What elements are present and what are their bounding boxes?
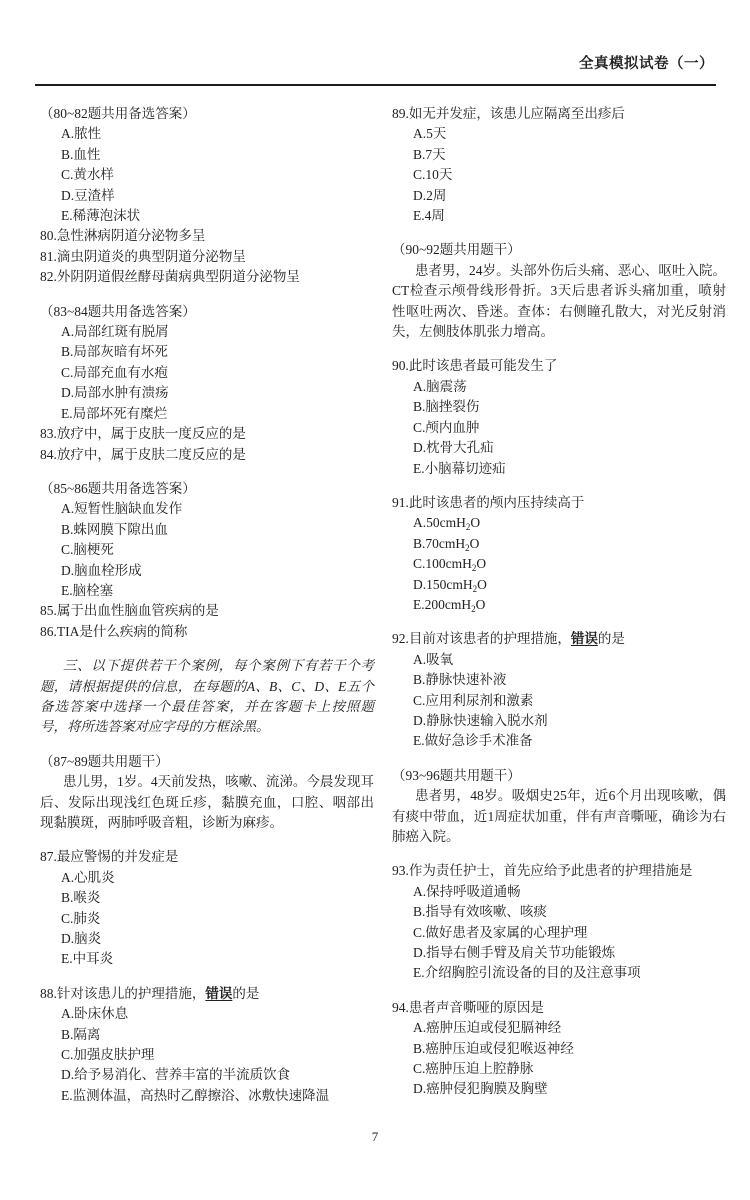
text-segment: C.癌肿压迫上腔静脉 <box>413 1061 533 1076</box>
text-segment: 92.目前对该患者的护理措施， <box>392 631 571 646</box>
text-segment: O <box>476 597 486 612</box>
text-segment: A.心肌炎 <box>61 870 115 885</box>
text-segment: D.豆渣样 <box>61 188 115 203</box>
option-line: B.脑挫裂伤 <box>392 397 726 417</box>
text-segment: B.脑挫裂伤 <box>413 399 479 414</box>
question-block: 88.针对该患儿的护理措施，错误的是A.卧床休息B.隔离C.加强皮肤护理D.给予… <box>40 984 374 1106</box>
text-segment: D.枕骨大孔疝 <box>413 440 494 455</box>
option-line: C.应用利尿剂和激素 <box>392 691 726 711</box>
option-line: C.做好患者及家属的心理护理 <box>392 923 726 943</box>
option-line: B.蛛网膜下隙出血 <box>40 520 374 540</box>
text-segment: 80.急性淋病阴道分泌物多呈 <box>40 228 205 243</box>
text-segment: 87.最应警惕的并发症是 <box>40 849 178 864</box>
text-segment: A.5天 <box>413 126 446 141</box>
question-line: 81.滴虫阴道炎的典型阴道分泌物呈 <box>40 247 374 267</box>
answer-group-label: （93~96题共用题干） <box>392 766 726 786</box>
option-line: A.卧床休息 <box>40 1004 374 1024</box>
question-stem: 88.针对该患儿的护理措施，错误的是 <box>40 984 374 1004</box>
text-segment: 89.如无并发症，该患儿应隔离至出疹后 <box>392 106 625 121</box>
text-segment: （83~84题共用备选答案） <box>40 304 196 319</box>
text-segment: B.血性 <box>61 147 100 162</box>
option-line: C.癌肿压迫上腔静脉 <box>392 1059 726 1079</box>
answer-group-label: （90~92题共用题干） <box>392 240 726 260</box>
text-segment: C.10天 <box>413 167 452 182</box>
text-segment: B.蛛网膜下隙出血 <box>61 522 168 537</box>
text-segment: A.局部红斑有脱屑 <box>61 324 169 339</box>
case-intro-block: （93~96题共用题干）患者男，48岁。吸烟史25年，近6个月出现咳嗽，偶有痰中… <box>392 766 726 848</box>
text-segment: 的是 <box>598 631 625 646</box>
answer-group-label: （83~84题共用备选答案） <box>40 302 374 322</box>
question-stem: 92.目前对该患者的护理措施，错误的是 <box>392 629 726 649</box>
text-segment: O <box>470 536 480 551</box>
text-segment: E.中耳炎 <box>61 951 113 966</box>
text-segment: （90~92题共用题干） <box>392 242 521 257</box>
text-segment: 患儿男，1岁。4天前发热，咳嗽、流涕。今晨发现耳后、发际出现浅红色斑丘疹，黏膜充… <box>40 774 374 830</box>
text-segment: C.应用利尿剂和激素 <box>413 693 533 708</box>
text-segment: C.颅内血肿 <box>413 420 479 435</box>
option-line: E.局部坏死有糜烂 <box>40 404 374 424</box>
text-segment: 患者男，48岁。吸烟史25年，近6个月出现咳嗽，偶有痰中带血，近1周症状加重，伴… <box>392 788 726 844</box>
option-line: E.4周 <box>392 206 726 226</box>
text-segment: B.喉炎 <box>61 890 100 905</box>
question-stem: 91.此时该患者的颅内压持续高于 <box>392 493 726 513</box>
option-line: D.指导右侧手臂及肩关节功能锻炼 <box>392 943 726 963</box>
option-line: B.血性 <box>40 145 374 165</box>
text-segment: E.小脑幕切迹疝 <box>413 461 506 476</box>
option-line: A.短暂性脑缺血发作 <box>40 499 374 519</box>
case-paragraph: 患者男，48岁。吸烟史25年，近6个月出现咳嗽，偶有痰中带血，近1周症状加重，伴… <box>392 786 726 847</box>
option-line: C.10天 <box>392 165 726 185</box>
text-segment: A.脑震荡 <box>413 379 467 394</box>
option-line: C.黄水样 <box>40 165 374 185</box>
question-line: 82.外阴阴道假丝酵母菌病典型阴道分泌物呈 <box>40 267 374 287</box>
text-segment: A.脓性 <box>61 126 101 141</box>
answer-group-block: （85~86题共用备选答案）A.短暂性脑缺血发作B.蛛网膜下隙出血C.脑梗死D.… <box>40 479 374 642</box>
question-line: 80.急性淋病阴道分泌物多呈 <box>40 226 374 246</box>
question-block: 93.作为责任护士，首先应给予此患者的护理措施是A.保持呼吸道通畅B.指导有效咳… <box>392 861 726 983</box>
text-segment: （80~82题共用备选答案） <box>40 106 196 121</box>
option-line: C.脑梗死 <box>40 540 374 560</box>
text-segment: 94.患者声音嘶哑的原因是 <box>392 1000 544 1015</box>
text-segment: C.局部充血有水疱 <box>61 365 168 380</box>
question-block: 92.目前对该患者的护理措施，错误的是A.吸氧B.静脉快速补液C.应用利尿剂和激… <box>392 629 726 751</box>
text-segment: 84.放疗中，属于皮肤二度反应的是 <box>40 447 246 462</box>
page-number: 7 <box>0 1129 750 1145</box>
option-line: E.介绍胸腔引流设备的目的及注意事项 <box>392 963 726 983</box>
column-right: 89.如无并发症，该患儿应隔离至出疹后A.5天B.7天C.10天D.2周E.4周… <box>392 104 726 1114</box>
text-segment: C.做好患者及家属的心理护理 <box>413 925 587 940</box>
text-segment: B.指导有效咳嗽、咳痰 <box>413 904 547 919</box>
text-segment: A.保持呼吸道通畅 <box>413 884 521 899</box>
option-line: D.癌肿侵犯胸膜及胸壁 <box>392 1079 726 1099</box>
column-left: （80~82题共用备选答案）A.脓性B.血性C.黄水样D.豆渣样E.稀薄泡沫状8… <box>40 104 374 1120</box>
text-segment: 91.此时该患者的颅内压持续高于 <box>392 495 584 510</box>
option-line: A.脓性 <box>40 124 374 144</box>
text-segment: 三、以下提供若干个案例，每个案例下有若干个考题，请根据提供的信息，在每题的A、B… <box>40 658 374 734</box>
answer-group-label: （85~86题共用备选答案） <box>40 479 374 499</box>
answer-group-block: （83~84题共用备选答案）A.局部红斑有脱屑B.局部灰暗有坏死C.局部充血有水… <box>40 302 374 465</box>
text-segment: D.指导右侧手臂及肩关节功能锻炼 <box>413 945 615 960</box>
question-stem: 87.最应警惕的并发症是 <box>40 847 374 867</box>
text-segment: D.静脉快速输入脱水剂 <box>413 713 548 728</box>
text-segment: A.吸氧 <box>413 652 453 667</box>
text-segment: 88.针对该患儿的护理措施， <box>40 986 205 1001</box>
option-line: D.给予易消化、营养丰富的半流质饮食 <box>40 1065 374 1085</box>
option-line: D.局部水肿有溃疡 <box>40 383 374 403</box>
page-header-title: 全真模拟试卷（一） <box>579 52 714 73</box>
question-block: 91.此时该患者的颅内压持续高于A.50cmH2OB.70cmH2OC.100c… <box>392 493 726 615</box>
text-segment: C.100cmH <box>413 556 472 571</box>
option-line: C.局部充血有水疱 <box>40 363 374 383</box>
option-line: B.指导有效咳嗽、咳痰 <box>392 902 726 922</box>
text-segment: 82.外阴阴道假丝酵母菌病典型阴道分泌物呈 <box>40 269 300 284</box>
question-line: 84.放疗中，属于皮肤二度反应的是 <box>40 445 374 465</box>
text-segment: E.介绍胸腔引流设备的目的及注意事项 <box>413 965 641 980</box>
text-segment: O <box>477 577 487 592</box>
option-line: E.脑栓塞 <box>40 581 374 601</box>
question-block: 94.患者声音嘶哑的原因是A.癌肿压迫或侵犯膈神经B.癌肿压迫或侵犯喉返神经C.… <box>392 998 726 1100</box>
text-segment: C.加强皮肤护理 <box>61 1047 154 1062</box>
question-line: 86.TIA是什么疾病的简称 <box>40 622 374 642</box>
text-segment: E.局部坏死有糜烂 <box>61 406 167 421</box>
option-line: B.隔离 <box>40 1025 374 1045</box>
question-line: 83.放疗中，属于皮肤一度反应的是 <box>40 424 374 444</box>
text-segment: A.短暂性脑缺血发作 <box>61 501 182 516</box>
option-line: E.小脑幕切迹疝 <box>392 459 726 479</box>
answer-group-label: （80~82题共用备选答案） <box>40 104 374 124</box>
option-line: C.颅内血肿 <box>392 418 726 438</box>
option-line: B.癌肿压迫或侵犯喉返神经 <box>392 1039 726 1059</box>
option-line: E.中耳炎 <box>40 949 374 969</box>
text-segment: B.癌肿压迫或侵犯喉返神经 <box>413 1041 574 1056</box>
question-stem: 93.作为责任护士，首先应给予此患者的护理措施是 <box>392 861 726 881</box>
option-line: D.2周 <box>392 186 726 206</box>
emphasized-term: 错误 <box>205 986 232 1001</box>
text-segment: A.癌肿压迫或侵犯膈神经 <box>413 1020 561 1035</box>
text-segment: 90.此时该患者最可能发生了 <box>392 358 557 373</box>
text-segment: O <box>470 515 480 530</box>
case-intro-block: （87~89题共用题干）患儿男，1岁。4天前发热，咳嗽、流涕。今晨发现耳后、发际… <box>40 752 374 834</box>
option-line: C.100cmH2O <box>392 554 726 574</box>
header-rule <box>35 84 716 86</box>
text-segment: A.卧床休息 <box>61 1006 128 1021</box>
text-segment: B.静脉快速补液 <box>413 672 506 687</box>
text-segment: 81.滴虫阴道炎的典型阴道分泌物呈 <box>40 249 246 264</box>
option-line: C.肺炎 <box>40 909 374 929</box>
text-segment: A.50cmH <box>413 515 466 530</box>
text-segment: （93~96题共用题干） <box>392 768 521 783</box>
text-segment: C.肺炎 <box>61 911 100 926</box>
option-line: D.静脉快速输入脱水剂 <box>392 711 726 731</box>
text-segment: O <box>476 556 486 571</box>
question-stem: 94.患者声音嘶哑的原因是 <box>392 998 726 1018</box>
option-line: D.枕骨大孔疝 <box>392 438 726 458</box>
text-segment: D.2周 <box>413 188 446 203</box>
option-line: A.局部红斑有脱屑 <box>40 322 374 342</box>
option-line: C.加强皮肤护理 <box>40 1045 374 1065</box>
text-segment: B.7天 <box>413 147 446 162</box>
option-line: D.脑血栓形成 <box>40 561 374 581</box>
question-stem: 90.此时该患者最可能发生了 <box>392 356 726 376</box>
option-line: D.豆渣样 <box>40 186 374 206</box>
option-line: E.200cmH2O <box>392 595 726 615</box>
text-segment: E.脑栓塞 <box>61 583 113 598</box>
option-line: B.局部灰暗有坏死 <box>40 342 374 362</box>
text-segment: 93.作为责任护士，首先应给予此患者的护理措施是 <box>392 863 692 878</box>
option-line: B.70cmH2O <box>392 534 726 554</box>
page-content: （80~82题共用备选答案）A.脓性B.血性C.黄水样D.豆渣样E.稀薄泡沫状8… <box>40 104 726 1120</box>
text-segment: B.隔离 <box>61 1027 100 1042</box>
case-paragraph: 患儿男，1岁。4天前发热，咳嗽、流涕。今晨发现耳后、发际出现浅红色斑丘疹，黏膜充… <box>40 772 374 833</box>
option-line: E.稀薄泡沫状 <box>40 206 374 226</box>
case-paragraph: 患者男，24岁。头部外伤后头痛、恶心、呕吐入院。CT检查示颅骨线形骨折。3天后患… <box>392 261 726 343</box>
option-line: D.脑炎 <box>40 929 374 949</box>
option-line: A.保持呼吸道通畅 <box>392 882 726 902</box>
text-segment: B.70cmH <box>413 536 465 551</box>
question-block: 87.最应警惕的并发症是A.心肌炎B.喉炎C.肺炎D.脑炎E.中耳炎 <box>40 847 374 969</box>
text-segment: B.局部灰暗有坏死 <box>61 344 168 359</box>
text-segment: D.脑血栓形成 <box>61 563 142 578</box>
answer-group-block: （80~82题共用备选答案）A.脓性B.血性C.黄水样D.豆渣样E.稀薄泡沫状8… <box>40 104 374 288</box>
text-segment: D.脑炎 <box>61 931 101 946</box>
exam-page: 全真模拟试卷（一） （80~82题共用备选答案）A.脓性B.血性C.黄水样D.豆… <box>0 0 750 1200</box>
answer-group-label: （87~89题共用题干） <box>40 752 374 772</box>
emphasized-term: 错误 <box>571 631 598 646</box>
text-segment: D.150cmH <box>413 577 473 592</box>
text-segment: E.4周 <box>413 208 445 223</box>
option-line: A.脑震荡 <box>392 377 726 397</box>
option-line: E.做好急诊手术准备 <box>392 731 726 751</box>
text-segment: E.做好急诊手术准备 <box>413 733 533 748</box>
option-line: A.50cmH2O <box>392 513 726 533</box>
text-segment: C.脑梗死 <box>61 542 114 557</box>
question-block: 89.如无并发症，该患儿应隔离至出疹后A.5天B.7天C.10天D.2周E.4周 <box>392 104 726 226</box>
text-segment: 的是 <box>232 986 259 1001</box>
case-intro-block: （90~92题共用题干）患者男，24岁。头部外伤后头痛、恶心、呕吐入院。CT检查… <box>392 240 726 342</box>
question-block: 90.此时该患者最可能发生了A.脑震荡B.脑挫裂伤C.颅内血肿D.枕骨大孔疝E.… <box>392 356 726 478</box>
text-segment: C.黄水样 <box>61 167 114 182</box>
option-line: E.监测体温，高热时乙醇擦浴、冰敷快速降温 <box>40 1086 374 1106</box>
option-line: A.心肌炎 <box>40 868 374 888</box>
question-stem: 89.如无并发症，该患儿应隔离至出疹后 <box>392 104 726 124</box>
option-line: B.喉炎 <box>40 888 374 908</box>
text-segment: （85~86题共用备选答案） <box>40 481 196 496</box>
text-segment: E.200cmH <box>413 597 471 612</box>
section-intro-paragraph: 三、以下提供若干个案例，每个案例下有若干个考题，请根据提供的信息，在每题的A、B… <box>40 656 374 738</box>
option-line: A.吸氧 <box>392 650 726 670</box>
text-segment: E.监测体温，高热时乙醇擦浴、冰敷快速降温 <box>61 1088 329 1103</box>
option-line: A.5天 <box>392 124 726 144</box>
option-line: A.癌肿压迫或侵犯膈神经 <box>392 1018 726 1038</box>
text-segment: 83.放疗中，属于皮肤一度反应的是 <box>40 426 246 441</box>
text-segment: 患者男，24岁。头部外伤后头痛、恶心、呕吐入院。CT检查示颅骨线形骨折。3天后患… <box>392 263 726 339</box>
section-intro-block: 三、以下提供若干个案例，每个案例下有若干个考题，请根据提供的信息，在每题的A、B… <box>40 656 374 738</box>
text-segment: E.稀薄泡沫状 <box>61 208 140 223</box>
option-line: B.静脉快速补液 <box>392 670 726 690</box>
question-line: 85.属于出血性脑血管疾病的是 <box>40 601 374 621</box>
text-segment: D.癌肿侵犯胸膜及胸壁 <box>413 1081 548 1096</box>
text-segment: D.给予易消化、营养丰富的半流质饮食 <box>61 1067 290 1082</box>
text-segment: （87~89题共用题干） <box>40 754 169 769</box>
text-segment: D.局部水肿有溃疡 <box>61 385 169 400</box>
text-segment: 86.TIA是什么疾病的简称 <box>40 624 187 639</box>
text-segment: 85.属于出血性脑血管疾病的是 <box>40 603 219 618</box>
option-line: D.150cmH2O <box>392 575 726 595</box>
option-line: B.7天 <box>392 145 726 165</box>
